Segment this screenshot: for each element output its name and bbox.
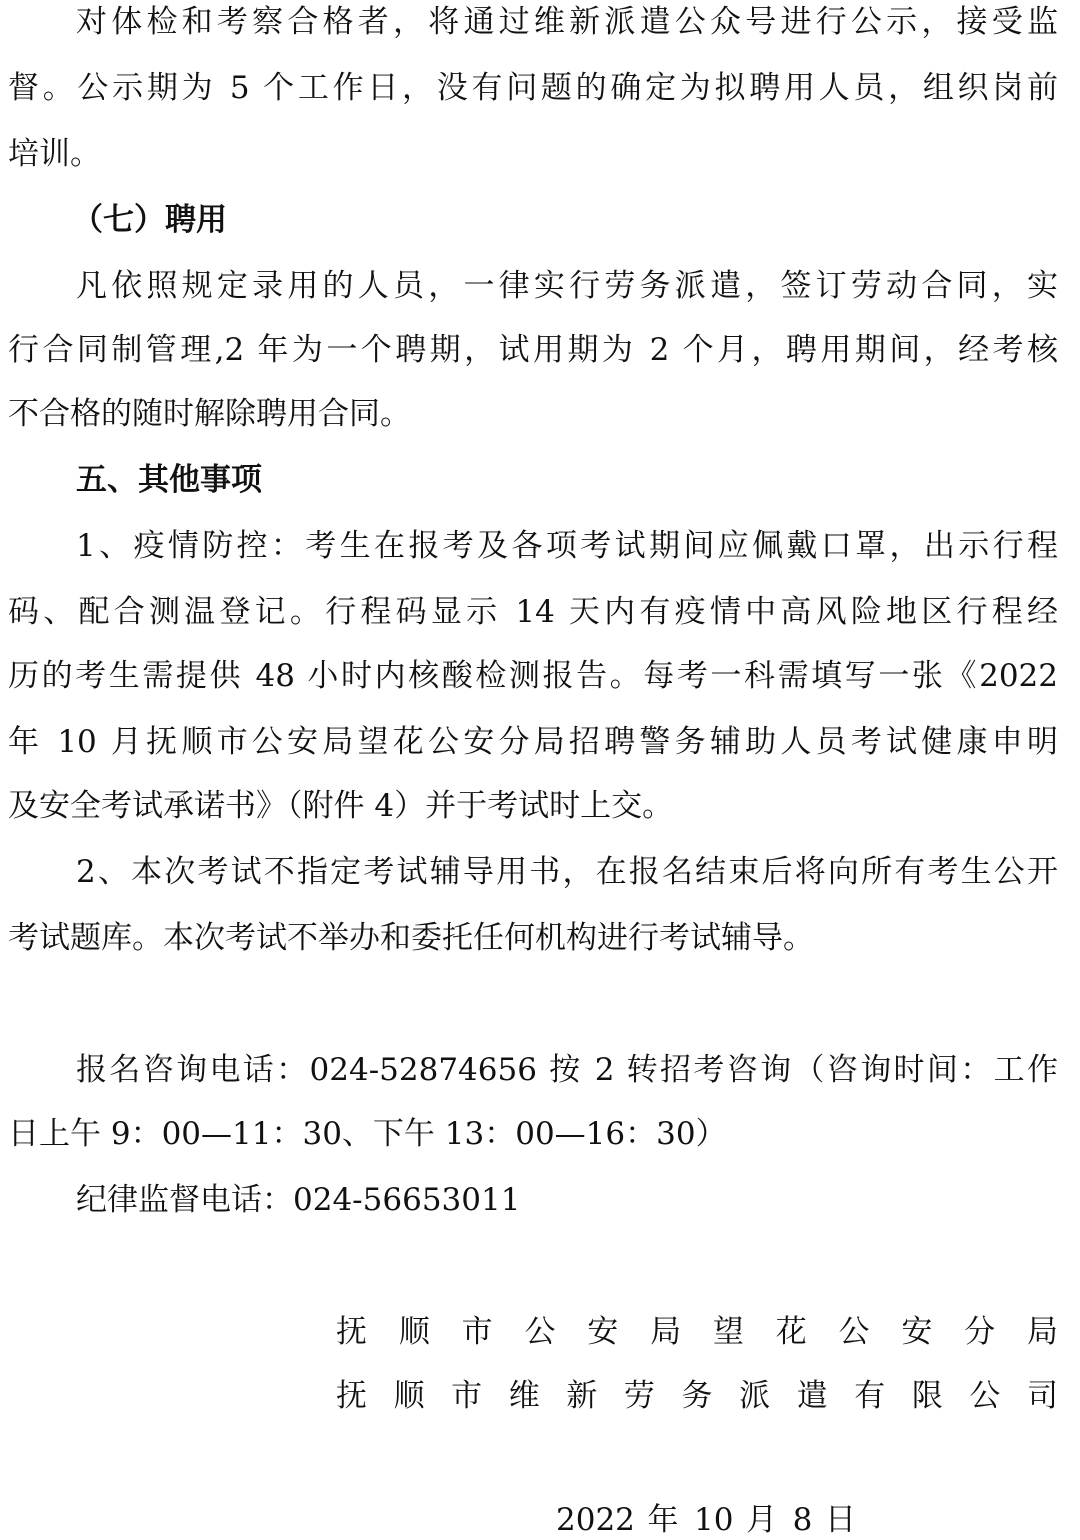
paragraph-line: 及安全考试承诺书》（附件 4）并于考试时上交。 (8, 782, 1058, 830)
paragraph-line: 培训。 (8, 130, 1058, 178)
registration-phone-line: 报名咨询电话：024-52874656 按 2 转招考咨询（咨询时间：工作 (76, 1046, 1058, 1094)
paragraph-line: 年 10 月抚顺市公安局望花公安分局招聘警务辅助人员考试健康申明 (8, 718, 1058, 766)
discipline-phone-line: 纪律监督电话：024-56653011 (76, 1176, 1058, 1224)
paragraph-line: 2、本次考试不指定考试辅导用书，在报名结束后将向所有考生公开 (76, 848, 1058, 896)
consultation-hours-line: 日上午 9：00—11：30、下午 13：00—16：30） (8, 1110, 1058, 1158)
paragraph-line: 码、配合测温登记。行程码显示 14 天内有疫情中高风险地区行程经 (8, 588, 1058, 636)
paragraph-line: 不合格的随时解除聘用合同。 (8, 390, 1058, 438)
paragraph-line: 督。公示期为 5 个工作日，没有问题的确定为拟聘用人员，组织岗前 (8, 64, 1058, 112)
paragraph-line: 对体检和考察合格者，将通过维新派遣公众号进行公示，接受监 (76, 0, 1058, 46)
paragraph-line: 考试题库。本次考试不举办和委托任何机构进行考试辅导。 (8, 914, 1058, 962)
paragraph-line: 凡依照规定录用的人员，一律实行劳务派遣，签订劳动合同，实 (76, 262, 1058, 310)
signature-org-dispatch: 抚 顺 市 维 新 劳 务 派 遣 有 限 公 司 (336, 1372, 1058, 1420)
section-heading-other-matters: 五、其他事项 (76, 456, 1058, 504)
paragraph-line: 行合同制管理,2 年为一个聘期，试用期为 2 个月，聘用期间，经考核 (8, 326, 1058, 374)
paragraph-line: 1、疫情防控：考生在报考及各项考试期间应佩戴口罩，出示行程 (76, 522, 1058, 570)
signature-date: 2022 年 10 月 8 日 (556, 1496, 856, 1540)
section-heading-hiring: （七）聘用 (72, 196, 1054, 244)
paragraph-line: 历的考生需提供 48 小时内核酸检测报告。每考一科需填写一张《2022 (8, 652, 1058, 700)
signature-org-police: 抚 顺 市 公 安 局 望 花 公 安 分 局 (336, 1308, 1058, 1356)
document-page: 对体检和考察合格者，将通过维新派遣公众号进行公示，接受监 督。公示期为 5 个工… (0, 0, 1080, 1540)
